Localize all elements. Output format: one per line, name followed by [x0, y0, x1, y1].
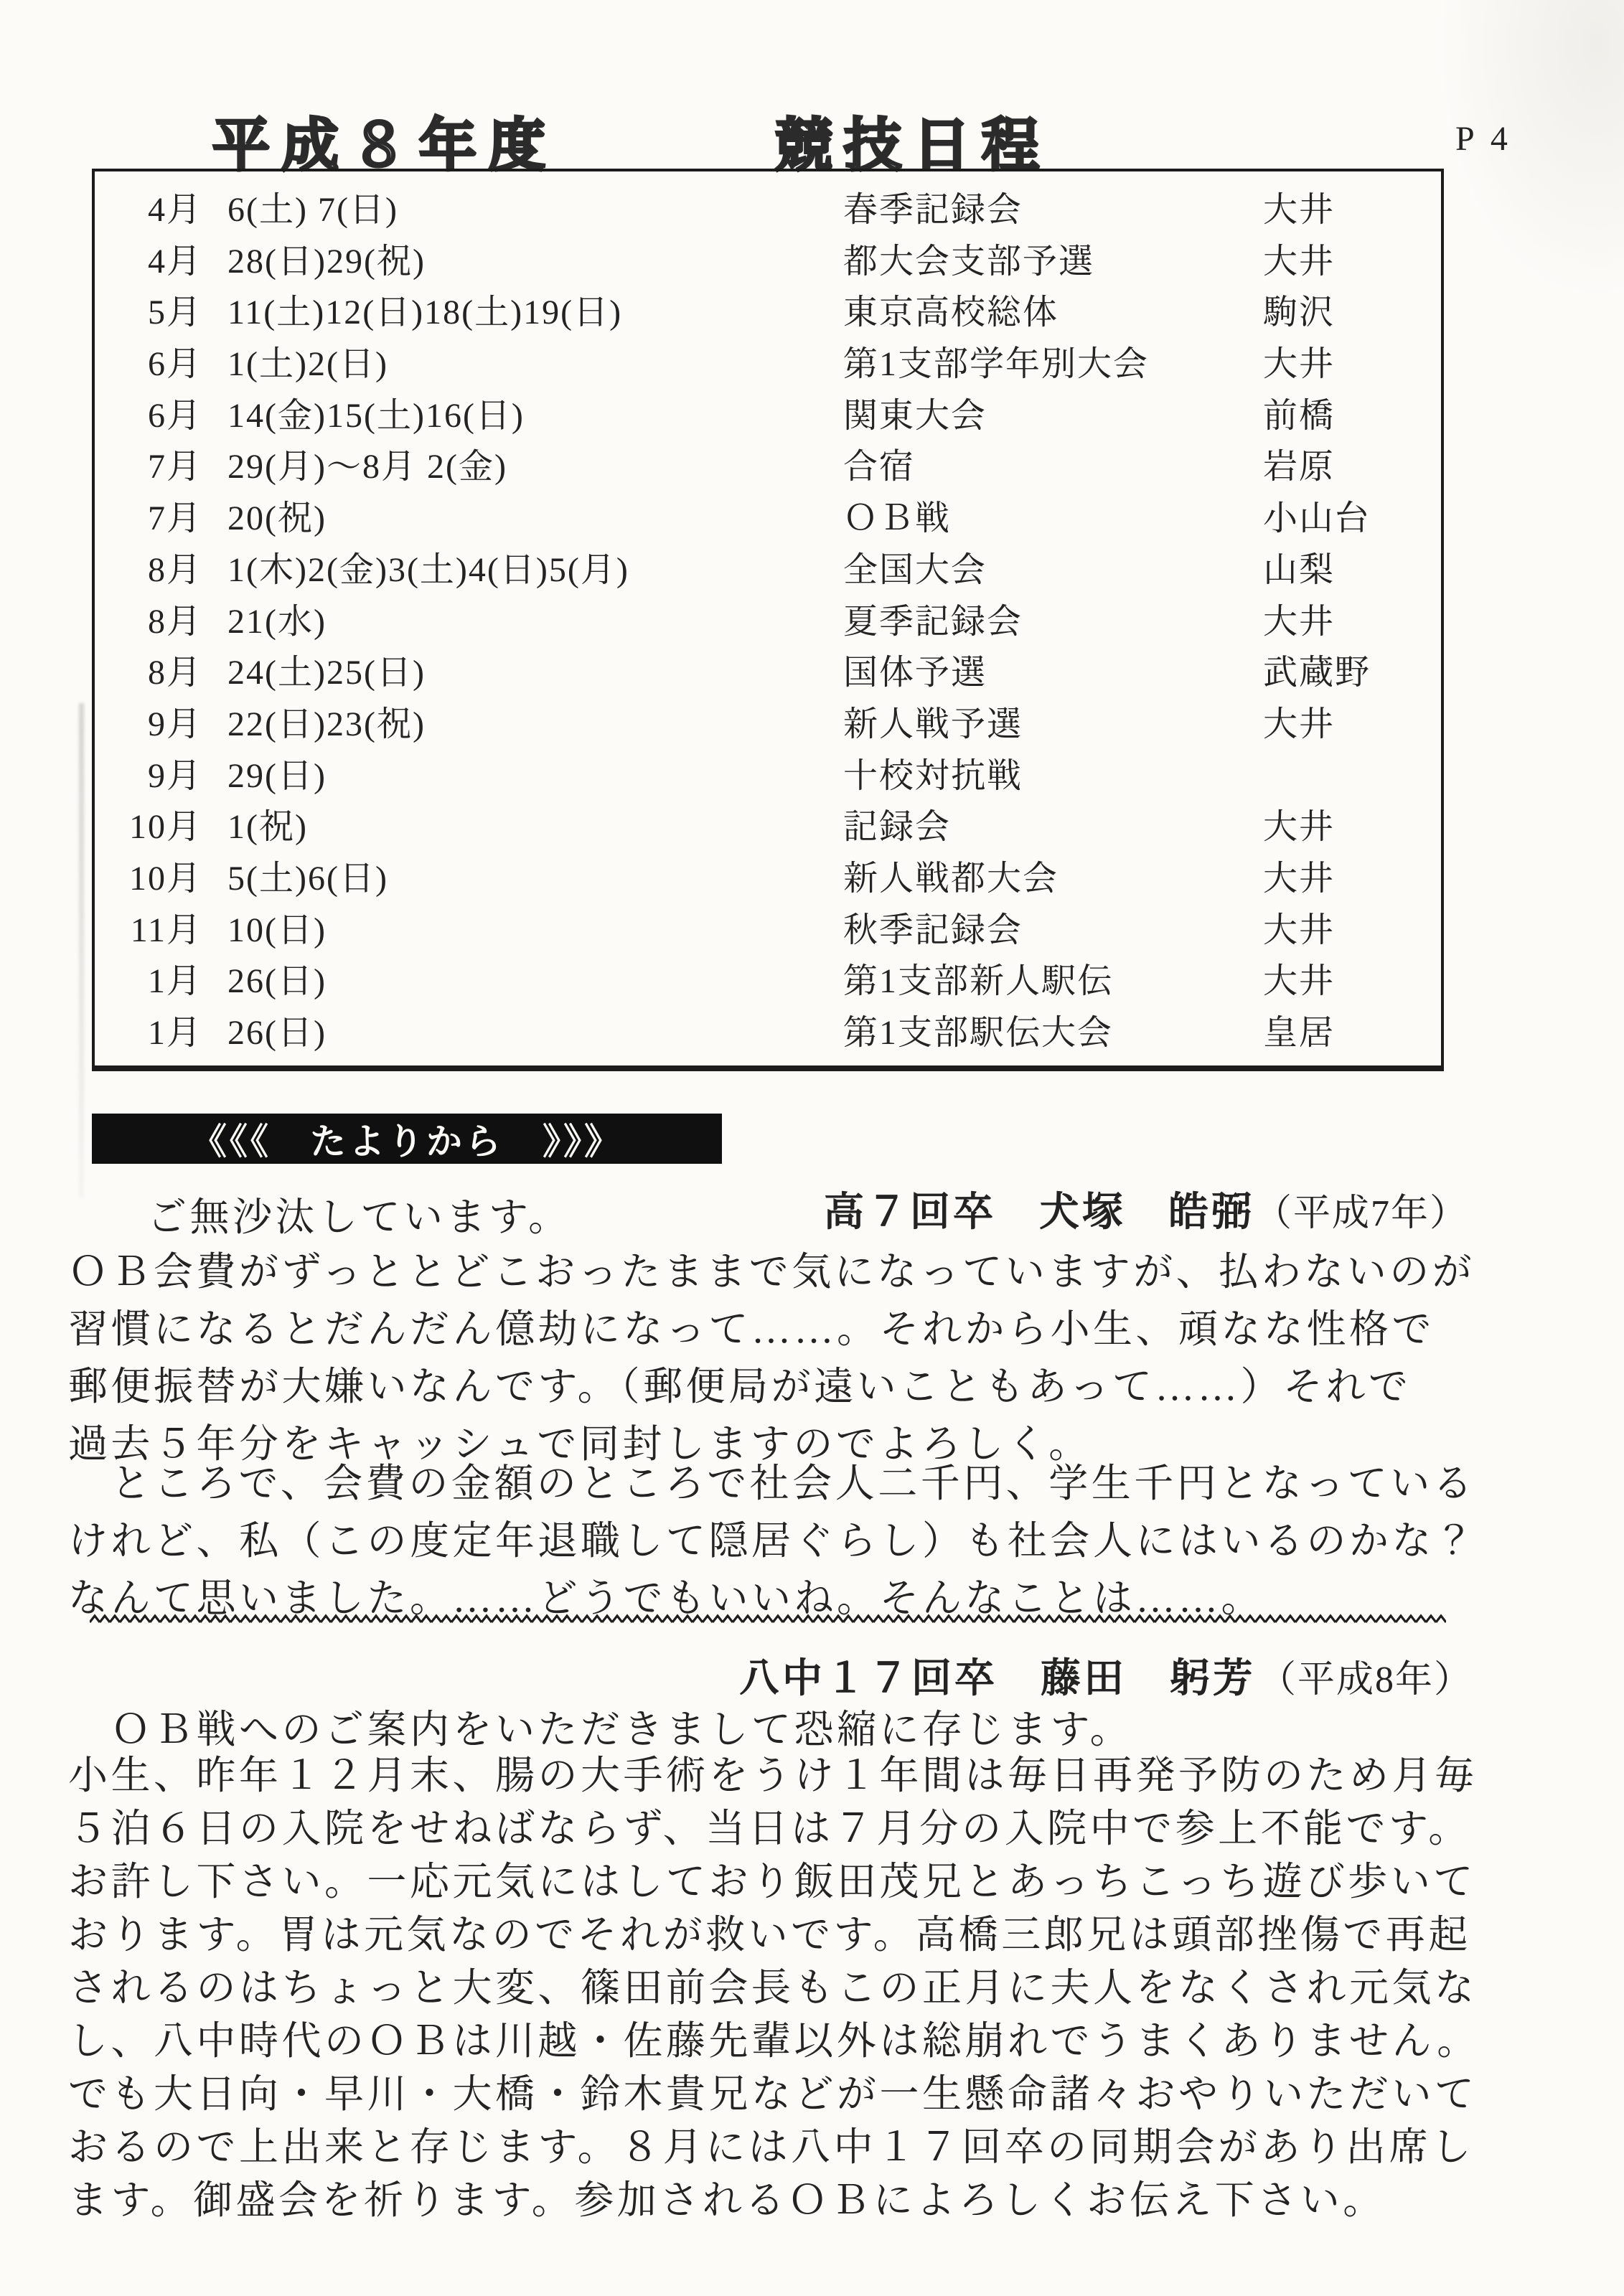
cell-event: 全国大会: [843, 542, 1263, 591]
cell-event: 新人戦予選: [843, 696, 1263, 745]
cell-event: 合宿: [843, 438, 1263, 488]
section-header-label: 《《《 たよりから 》》》: [191, 1113, 623, 1165]
cell-dates: 6(土) 7(日): [227, 182, 843, 231]
cell-month: 8月: [95, 542, 202, 591]
cell-event: 春季記録会: [843, 182, 1263, 231]
text-line: 習慣になるとだんだん億劫になって……。それから小生、頑なな性格で: [68, 1301, 1581, 1358]
table-row: 7月20(祝)ＯＢ戦小山台: [95, 490, 1441, 540]
schedule-rows: 4月6(土) 7(日)春季記録会大井4月28(日)29(祝)都大会支部予選大井5…: [95, 171, 1441, 1065]
cell-dates: 14(金)15(土)16(日): [227, 387, 843, 437]
cell-venue: 大井: [1263, 696, 1441, 745]
cell-venue: 大井: [1263, 902, 1441, 951]
table-row: 10月5(土)6(日)新人戦都大会大井: [95, 850, 1441, 900]
text-line: ところで、会費の金額のところで社会人二千円、学生千円となっている: [68, 1455, 1581, 1512]
cell-month: 5月: [95, 284, 202, 334]
cell-month: 1月: [95, 953, 202, 1002]
cell-dates: 22(日)23(祝): [227, 696, 843, 745]
cell-venue: 大井: [1263, 799, 1441, 848]
cell-month: 7月: [95, 490, 202, 540]
letter2-body: 小生、昨年１２月末、腸の大手術をうけ１年間は毎日再発予防のため月毎５泊６日の入院…: [68, 1749, 1581, 2227]
cell-dates: 29(月)〜8月 2(金): [227, 438, 843, 488]
cell-event: 東京高校総体: [843, 284, 1263, 334]
cell-event: 十校対抗戦: [843, 748, 1263, 797]
table-row: 6月14(金)15(土)16(日)関東大会前橋: [95, 387, 1441, 437]
cell-event: 第1支部学年別大会: [843, 336, 1263, 385]
text-line: ます。御盛会を祈ります。参加されるＯＢによろしくお伝え下さい。: [68, 2174, 1581, 2227]
schedule-table: 4月6(土) 7(日)春季記録会大井4月28(日)29(祝)都大会支部予選大井5…: [92, 169, 1444, 1071]
cell-dates: 1(木)2(金)3(土)4(日)5(月): [227, 542, 843, 591]
table-row: 9月22(日)23(祝)新人戦予選大井: [95, 696, 1441, 745]
letter1-byline: 高７回卒 犬塚 皓弼（平成7年）: [824, 1180, 1468, 1238]
table-row: 1月26(日)第1支部駅伝大会皇居: [95, 1004, 1441, 1054]
cell-month: 1月: [95, 1004, 202, 1054]
cell-venue: 山梨: [1263, 542, 1441, 591]
letter1-author: 高７回卒 犬塚 皓弼: [824, 1190, 1254, 1235]
text-line: おります。胃は元気なのでそれが救いです。高橋三郎兄は頭部挫傷で再起: [68, 1909, 1581, 1962]
cell-month: 10月: [95, 850, 202, 900]
cell-month: 8月: [95, 593, 202, 643]
cell-event: 都大会支部予選: [843, 233, 1263, 283]
cell-month: 8月: [95, 644, 202, 694]
cell-dates: 1(土)2(日): [227, 336, 843, 385]
cell-venue: 大井: [1263, 182, 1441, 231]
cell-dates: 21(水): [227, 593, 843, 643]
cell-month: 4月: [95, 233, 202, 283]
page-number: P 4: [1455, 119, 1512, 159]
cell-event: 夏季記録会: [843, 593, 1263, 643]
text-line: お許し下さい。一応元気にはしており飯田茂兄とあっちこっち遊び歩いて: [68, 1855, 1581, 1909]
cell-event: 秋季記録会: [843, 902, 1263, 951]
cell-event: 関東大会: [843, 387, 1263, 437]
table-row: 1月26(日)第1支部新人駅伝大井: [95, 953, 1441, 1002]
cell-venue: 大井: [1263, 336, 1441, 385]
cell-event: 第1支部新人駅伝: [843, 953, 1263, 1002]
table-row: 5月11(土)12(日)18(土)19(日)東京高校総体駒沢: [95, 284, 1441, 334]
cell-month: 10月: [95, 799, 202, 848]
text-line: でも大日向・早川・大橋・鈴木貴兄などが一生懸命諸々おやりいただいて: [68, 2068, 1581, 2121]
cell-venue: 岩原: [1263, 438, 1441, 488]
text-line: けれど、私（この度定年退職して隠居ぐらし）も社会人にはいるのかな？: [68, 1512, 1581, 1570]
cell-event: 第1支部駅伝大会: [843, 1004, 1263, 1054]
cell-venue: 前橋: [1263, 387, 1441, 437]
letter2-byline: 八中１７回卒 藤田 躬芳 （平成8年）: [739, 1647, 1473, 1704]
cell-event: 記録会: [843, 799, 1263, 848]
letter2-author: 八中１７回卒 藤田 躬芳: [739, 1657, 1256, 1701]
section-header-bar: 《《《 たよりから 》》》: [92, 1114, 722, 1164]
letter2-opening: ＯＢ戦へのご案内をいただきまして恐縮に存じます。: [68, 1698, 1132, 1754]
text-line: 小生、昨年１２月末、腸の大手術をうけ１年間は毎日再発予防のため月毎: [68, 1749, 1581, 1802]
table-row: 8月21(水)夏季記録会大井: [95, 593, 1441, 643]
scan-streak-artifact: [79, 703, 84, 1198]
text-line: 郵便振替が大嫌いなんです。（郵便局が遠いこともあって……）それで: [68, 1358, 1581, 1416]
table-row: 7月29(月)〜8月 2(金)合宿岩原: [95, 438, 1441, 488]
cell-dates: 5(土)6(日): [227, 850, 843, 900]
cell-month: 6月: [95, 387, 202, 437]
letter2-year: （平成8年）: [1259, 1660, 1473, 1700]
table-row: 4月6(土) 7(日)春季記録会大井: [95, 182, 1441, 231]
text-line: されるのはちょっと大変、篠田前会長もこの正月に夫人をなくされ元気な: [68, 1962, 1581, 2015]
scanned-newsletter-page: 平成８年度 競技日程 P 4 4月6(土) 7(日)春季記録会大井4月28(日)…: [0, 0, 1624, 2296]
cell-venue: 小山台: [1263, 490, 1441, 540]
cell-dates: 26(日): [227, 1004, 843, 1054]
text-line: し、八中時代のＯＢは川越・佐藤先輩以外は総崩れでうまくありません。: [68, 2015, 1581, 2068]
text-line: おるので上出来と存じます。８月には八中１７回卒の同期会があり出席し: [68, 2121, 1581, 2174]
cell-dates: 26(日): [227, 953, 843, 1002]
cell-dates: 24(土)25(日): [227, 644, 843, 694]
cell-event: 新人戦都大会: [843, 850, 1263, 900]
letter1-year: （平成7年）: [1254, 1193, 1468, 1234]
letter1-greeting: ご無沙汰しています。: [147, 1185, 571, 1242]
cell-event: 国体予選: [843, 644, 1263, 694]
table-row: 8月24(土)25(日)国体予選武蔵野: [95, 644, 1441, 694]
cell-dates: 10(日): [227, 902, 843, 951]
wavy-divider: [90, 1613, 1446, 1626]
cell-month: 9月: [95, 748, 202, 797]
cell-month: 9月: [95, 696, 202, 745]
cell-month: 7月: [95, 438, 202, 488]
cell-venue: 大井: [1263, 593, 1441, 643]
cell-dates: 29(日): [227, 748, 843, 797]
table-row: 10月1(祝)記録会大井: [95, 799, 1441, 848]
cell-venue: 大井: [1263, 850, 1441, 900]
cell-venue: 大井: [1263, 953, 1441, 1002]
cell-venue: 武蔵野: [1263, 644, 1441, 694]
table-row: 6月1(土)2(日)第1支部学年別大会大井: [95, 336, 1441, 385]
cell-month: 4月: [95, 182, 202, 231]
cell-venue: 駒沢: [1263, 284, 1441, 334]
table-row: 9月29(日)十校対抗戦: [95, 748, 1441, 797]
cell-dates: 20(祝): [227, 490, 843, 540]
cell-dates: 11(土)12(日)18(土)19(日): [227, 284, 843, 334]
table-row: 8月1(木)2(金)3(土)4(日)5(月)全国大会山梨: [95, 542, 1441, 591]
text-line: ＯＢ会費がずっととどこおったままで気になっていますが、払わないのが: [68, 1243, 1581, 1301]
text-line: ５泊６日の入院をせねばならず、当日は７月分の入院中で参上不能です。: [68, 1802, 1581, 1855]
cell-venue: 皇居: [1263, 1004, 1441, 1054]
cell-event: ＯＢ戦: [843, 490, 1263, 540]
cell-month: 11月: [95, 902, 202, 951]
letter1-paragraph2: ところで、会費の金額のところで社会人二千円、学生千円となっているけれど、私（この…: [68, 1455, 1581, 1627]
cell-month: 6月: [95, 336, 202, 385]
table-row: 4月28(日)29(祝)都大会支部予選大井: [95, 233, 1441, 283]
cell-dates: 28(日)29(祝): [227, 233, 843, 283]
table-row: 11月10(日)秋季記録会大井: [95, 902, 1441, 951]
cell-dates: 1(祝): [227, 799, 843, 848]
letter1-paragraph1: ＯＢ会費がずっととどこおったままで気になっていますが、払わないのが習慣になるとだ…: [68, 1243, 1581, 1473]
cell-venue: 大井: [1263, 233, 1441, 283]
